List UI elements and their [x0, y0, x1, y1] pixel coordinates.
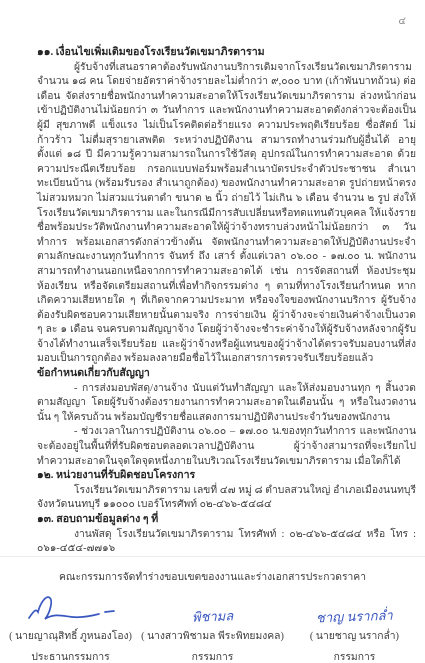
member-1-signature-area: พิชามล [141, 589, 284, 625]
member-1-signature-handwriting: พิชามล [192, 609, 234, 625]
section-12-heading: ๑๒. หน่วยงานที่รับผิดชอบโครงการ [37, 469, 416, 484]
document-content: ๑๑. เงื่อนไขเพิ่มเติมของโรงเรียนวัดเขมาภ… [37, 46, 416, 557]
member-2-name: ( นายชาญ นรากล่ำ) [284, 627, 425, 644]
member-1-name: ( นางสาวพิชามล พีระพิทยมงคล) [141, 627, 284, 644]
chairman-role: ประธานกรรมการ [0, 648, 141, 663]
section-11-body: ผู้รับจ้างที่เสนอราคาต้องรับพนักงานบริกา… [37, 61, 416, 367]
section-11-heading: ๑๑. เงื่อนไขเพิ่มเติมของโรงเรียนวัดเขมาภ… [37, 46, 416, 61]
signature-scribble-icon [21, 591, 121, 625]
committee-footer: คณะกรรมการจัดทำร่างขอบเขตของงานและร่างเอ… [0, 548, 425, 663]
section-13-heading: ๑๓. สอบถามข้อมูลต่าง ๆ ที่ [37, 513, 416, 528]
member-1-role: กรรมการ [141, 648, 284, 663]
contract-bullet-working-hours: - ช่วงเวลาในการปฏิบัติงาน ๐๖.๐๐ – ๑๗.๐๐ … [37, 425, 416, 469]
committee-title: คณะกรรมการจัดทำร่างขอบเขตของงานและร่างเอ… [0, 568, 425, 585]
signature-block-chairman: ( นายญาณุสิทธิ์ ภูหนองโอง) ประธานกรรมการ [0, 589, 141, 663]
section-12-body: โรงเรียนวัดเขมาภิรตาราม เลขที่ ๔๗ หมู่ ๘… [37, 484, 416, 513]
signature-block-member-1: พิชามล ( นางสาวพิชามล พีระพิทยมงคล) กรรม… [141, 589, 284, 663]
member-2-signature-area: ชาญ นรากล่ำ [284, 589, 425, 625]
contract-bullet-delivery: - การส่งมอบพัสดุ/งานจ้าง นับแต่วันทำสัญญ… [37, 382, 416, 426]
document-page: ๔ ๑๑. เงื่อนไขเพิ่มเติมของโรงเรียนวัดเขม… [0, 0, 425, 663]
chairman-name: ( นายญาณุสิทธิ์ ภูหนองโอง) [0, 627, 141, 644]
member-2-signature-handwriting: ชาญ นรากล่ำ [316, 609, 393, 627]
chairman-signature-area [0, 589, 141, 625]
page-number: ๔ [398, 14, 406, 29]
signature-row: ( นายญาณุสิทธิ์ ภูหนองโอง) ประธานกรรมการ… [0, 589, 425, 663]
contract-terms-heading: ข้อกำหนดเกี่ยวกับสัญญา [37, 367, 416, 382]
member-2-role: กรรมการ [284, 648, 425, 663]
signature-block-member-2: ชาญ นรากล่ำ ( นายชาญ นรากล่ำ) กรรมการ [284, 589, 425, 663]
